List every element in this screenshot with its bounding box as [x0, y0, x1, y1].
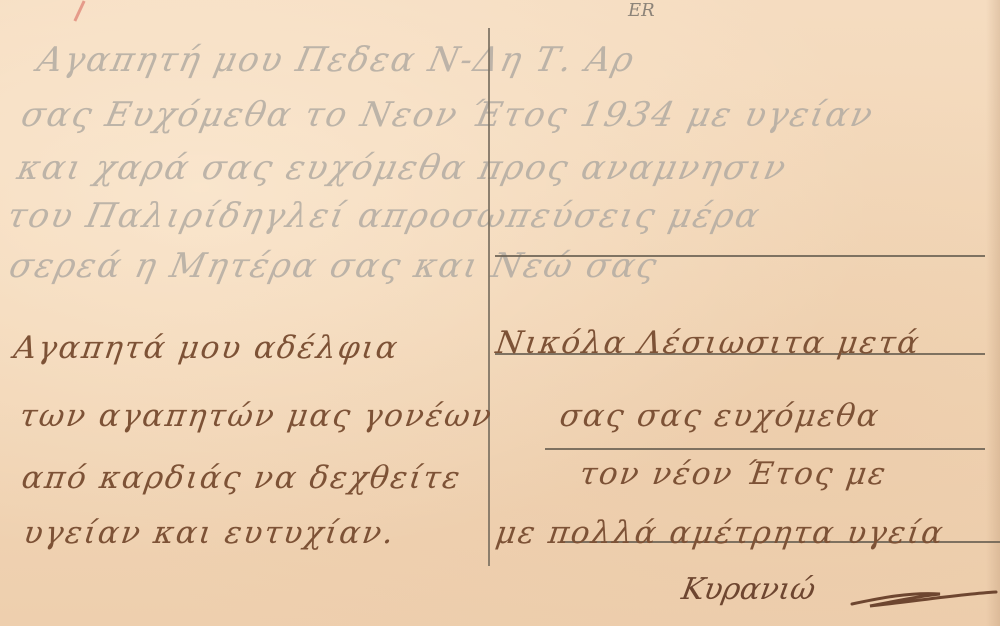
- ink-right-line-3: τον νέον Έτος με: [577, 456, 889, 492]
- postcard: ER Αγαπητή μου Πεδεα Ν-Δη Τ. Αρ σας Ευχό…: [0, 0, 1000, 626]
- address-line-1: [495, 255, 985, 257]
- pencil-line-4: του Παλιρίδηγλεί απροσωπεύσεις μέρα: [4, 196, 765, 236]
- pencil-line-3: και χαρά σας ευχόμεθα προς αναμνησιν: [14, 148, 791, 188]
- pencil-line-5: σερεά η Μητέρα σας και Νεώ σας: [6, 246, 662, 286]
- signature-flourish-icon: [850, 588, 998, 608]
- ink-left-line-4: υγείαν και ευτυχίαν.: [21, 515, 397, 551]
- vertical-divider: [488, 28, 490, 566]
- paper-edge-shadow: [986, 0, 1000, 626]
- red-pencil-mark: [73, 0, 85, 21]
- annotation-mark: ER: [628, 0, 655, 21]
- signature: Κυρανιώ: [679, 572, 818, 607]
- ink-right-line-1: Νικόλα Λέσιωσιτα μετά: [493, 325, 923, 361]
- ink-left-line-3: από καρδιάς να δεχθείτε: [19, 460, 463, 496]
- ink-right-line-2: σας σας ευχόμεθα: [557, 398, 882, 434]
- pencil-line-2: σας Ευχόμεθα το Νεον Έτος 1934 με υγείαν: [18, 95, 878, 135]
- ink-left-line-2: των αγαπητών μας γονέων: [17, 398, 495, 434]
- pencil-line-1: Αγαπητή μου Πεδεα Ν-Δη Τ. Αρ: [34, 40, 639, 80]
- ink-right-line-4: με πολλά αμέτρητα υγεία: [493, 515, 947, 551]
- ink-left-line-1: Αγαπητά μου αδέλφια: [11, 330, 401, 366]
- address-line-3: [545, 448, 985, 450]
